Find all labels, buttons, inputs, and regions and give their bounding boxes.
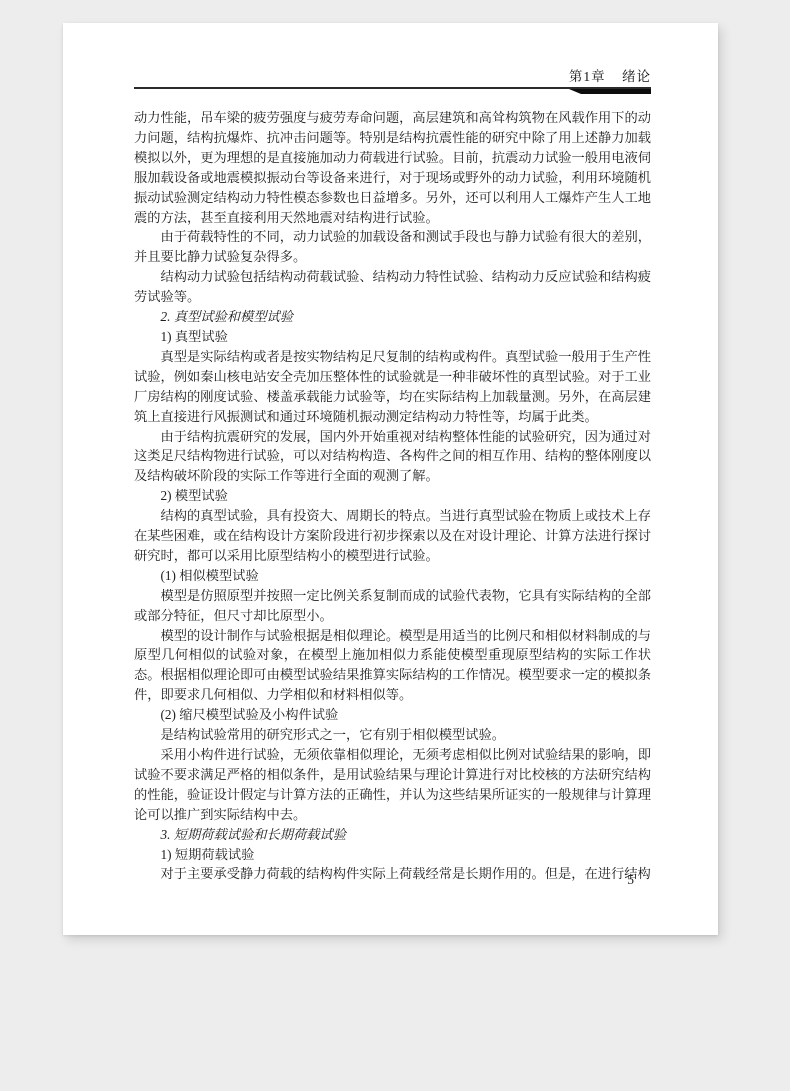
page-body: 动力性能，吊车梁的疲劳强度与疲劳寿命问题，高层建筑和高耸构筑物在风载作用下的动力… [134,108,651,884]
body-paragraph: 模型是仿照原型并按照一定比例关系复制而成的试验代表物，它具有实际结构的全部或部分… [134,586,651,626]
section-heading: 2. 真型试验和模型试验 [134,307,651,327]
header-rule-wedge [569,89,651,94]
body-paragraph: 由于结构抗震研究的发展，国内外开始重视对结构整体性能的试验研究，因为通过对这类足… [134,427,651,487]
body-paragraph: 真型是实际结构或者是按实物结构足尺复制的结构或构件。真型试验一般用于生产性试验，… [134,347,651,427]
section-heading: (1) 相似模型试验 [134,566,651,586]
body-paragraph: 采用小构件进行试验，无须依靠相似理论，无须考虑相似比例对试验结果的影响，即试验不… [134,745,651,825]
running-head: 第1章 绪论 [134,23,651,85]
page-number: 5 [627,872,634,888]
book-page: 第1章 绪论 动力性能，吊车梁的疲劳强度与疲劳寿命问题，高层建筑和高耸构筑物在风… [63,23,718,935]
header-rule-line [134,87,651,89]
body-paragraph: 结构动力试验包括结构动荷载试验、结构动力特性试验、结构动力反应试验和结构疲劳试验… [134,267,651,307]
body-paragraph: 由于荷载特性的不同，动力试验的加载设备和测试手段也与静力试验有很大的差别，并且要… [134,227,651,267]
chapter-label: 第1章 [569,69,606,84]
body-paragraph: 是结构试验常用的研究形式之一，它有别于相似模型试验。 [134,725,651,745]
section-heading: 2) 模型试验 [134,486,651,506]
page-header: 第1章 绪论 [134,23,651,97]
chapter-title: 绪论 [622,69,651,84]
section-heading: 3. 短期荷载试验和长期荷载试验 [134,825,651,845]
section-heading: 1) 真型试验 [134,327,651,347]
header-rule [134,87,651,97]
section-heading: (2) 缩尺模型试验及小构件试验 [134,705,651,725]
section-heading: 1) 短期荷载试验 [134,845,651,865]
scan-background: 第1章 绪论 动力性能，吊车梁的疲劳强度与疲劳寿命问题，高层建筑和高耸构筑物在风… [0,0,790,1091]
body-paragraph: 结构的真型试验，具有投资大、周期长的特点。当进行真型试验在物质上或技术上存在某些… [134,506,651,566]
body-paragraph: 对于主要承受静力荷载的结构构件实际上荷载经常是长期作用的。但是，在进行结构 [134,864,651,884]
body-paragraph: 模型的设计制作与试验根据是相似理论。模型是用适当的比例尺和相似材料制成的与原型几… [134,626,651,706]
body-paragraph: 动力性能，吊车梁的疲劳强度与疲劳寿命问题，高层建筑和高耸构筑物在风载作用下的动力… [134,108,651,227]
